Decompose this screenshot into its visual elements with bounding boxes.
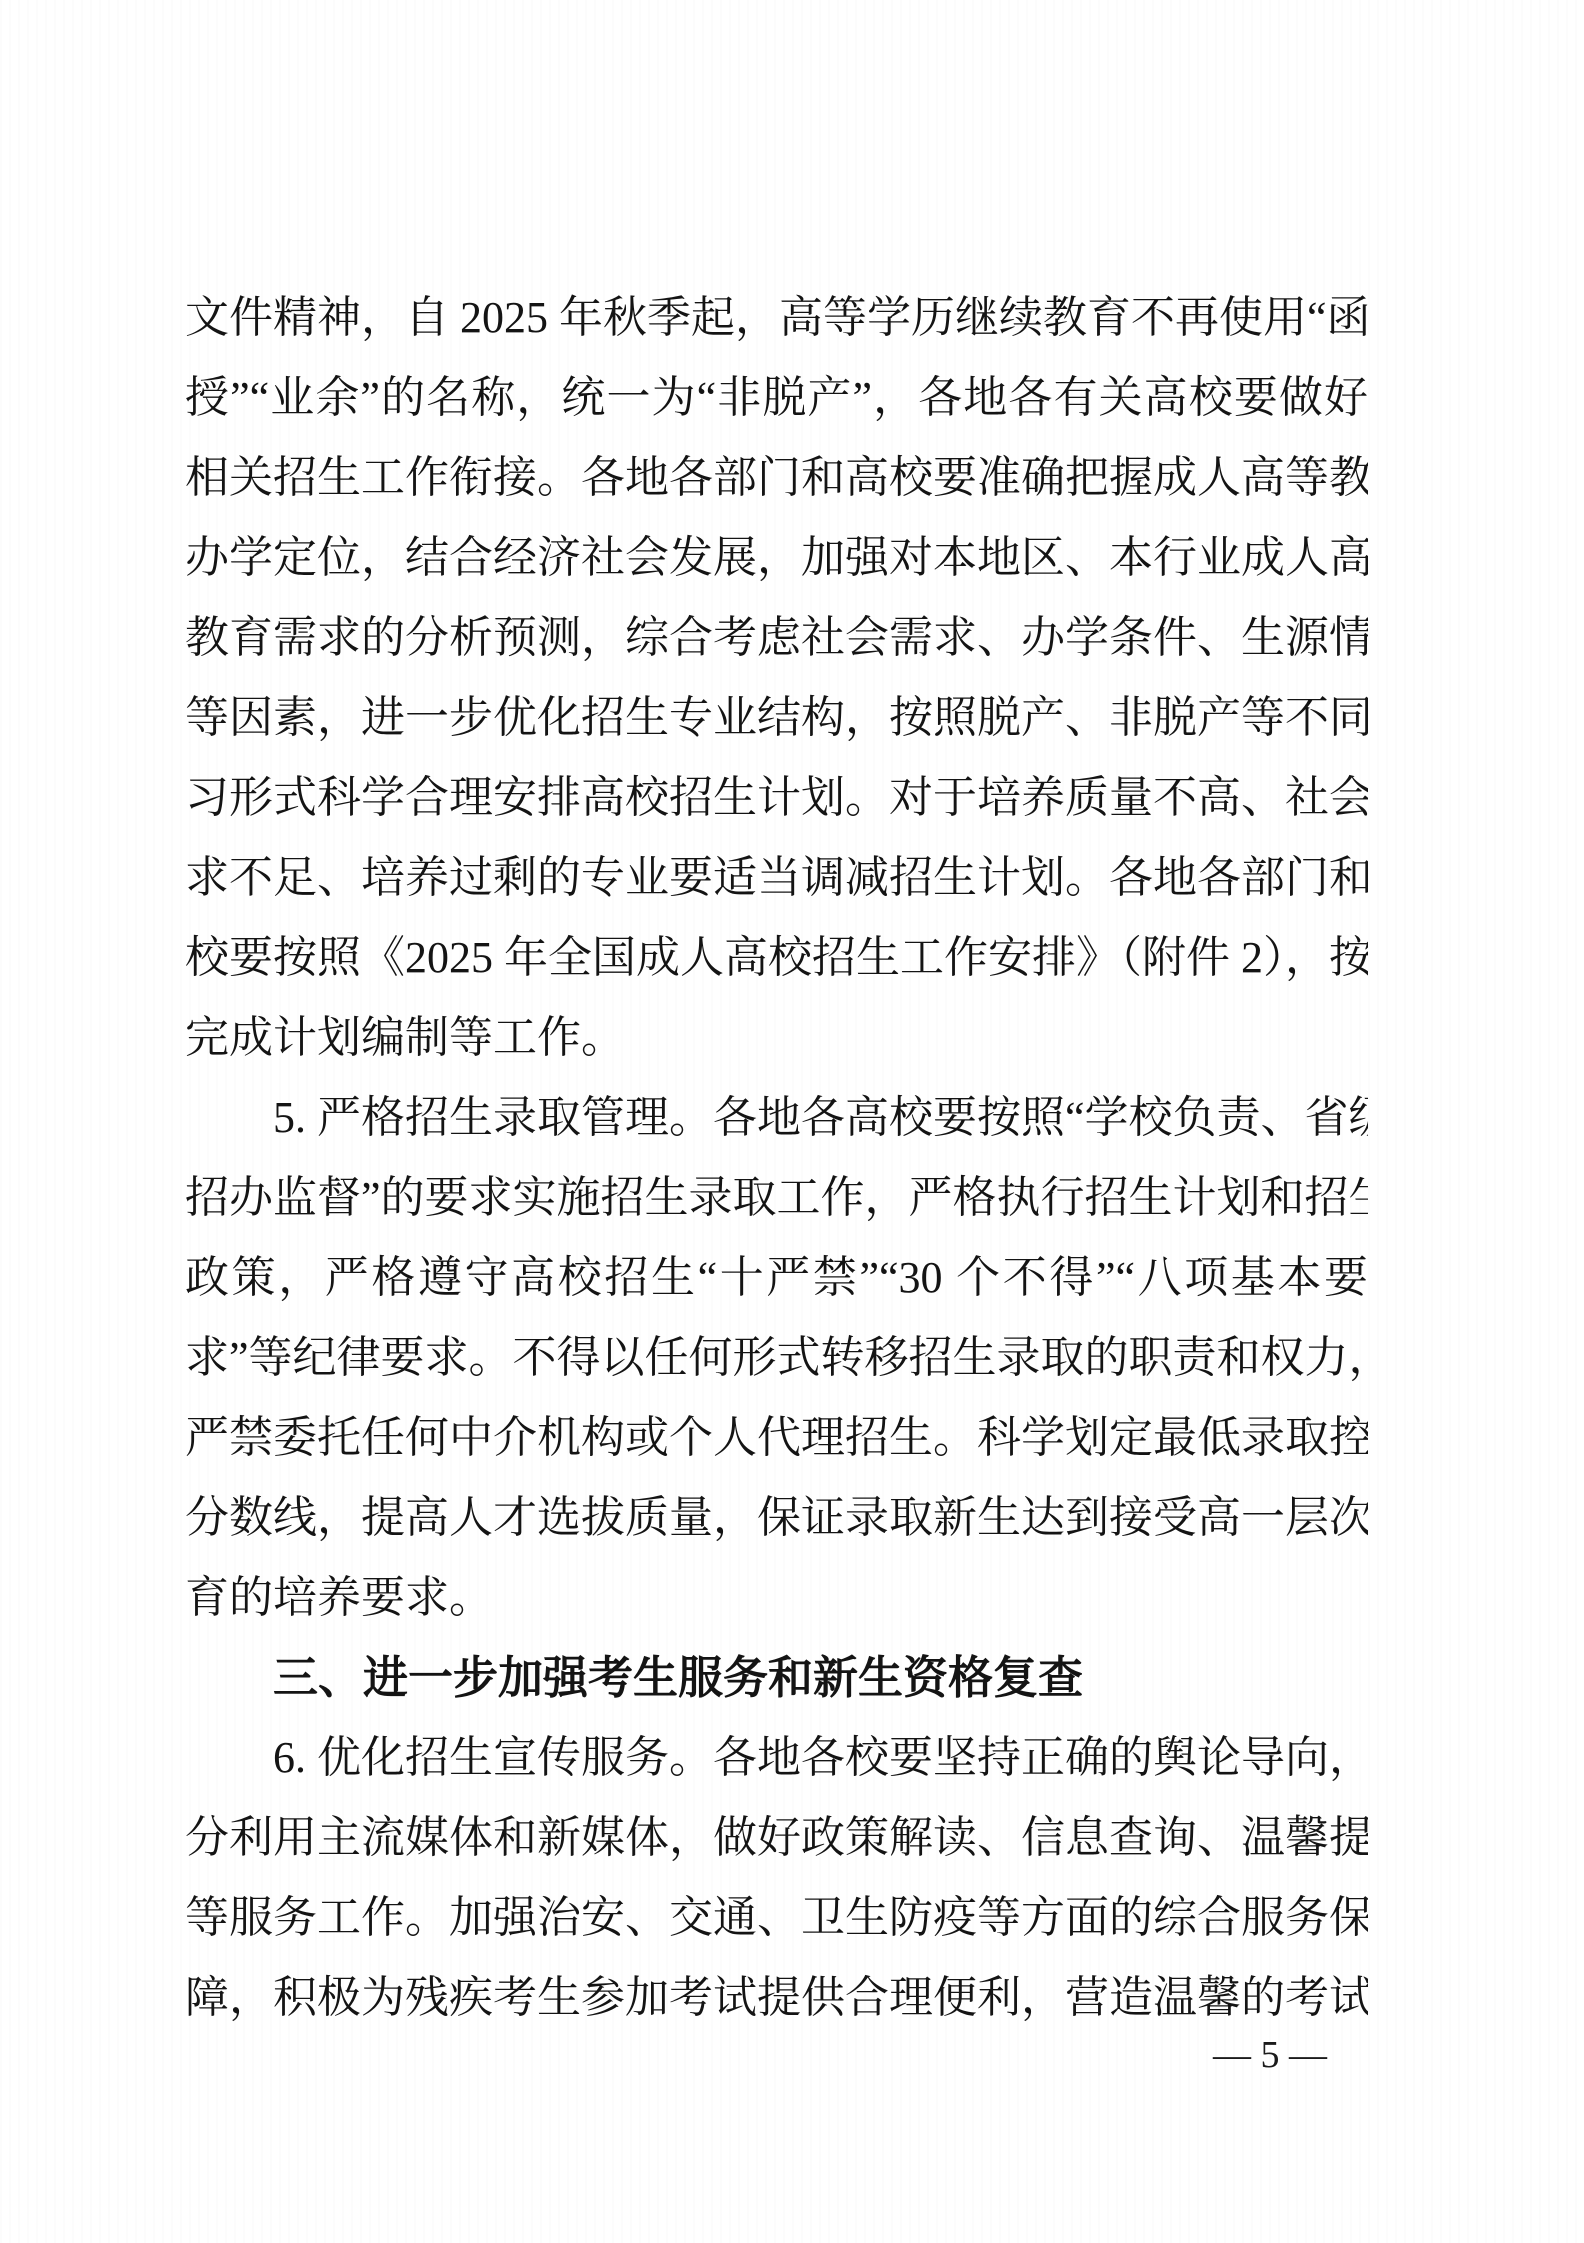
text-line: 求”等纪律要求。不得以任何形式转移招生录取的职责和权力， <box>185 1318 1368 1398</box>
text-line: 5. 严格招生录取管理。各地各高校要按照“学校负责、省级 <box>185 1078 1368 1158</box>
page-number: — 5 — <box>1178 2030 1362 2080</box>
text-line: 办学定位，结合经济社会发展，加强对本地区、本行业成人高等 <box>185 518 1368 598</box>
document-text-block: 文件精神，自 2025 年秋季起，高等学历继续教育不再使用“函授”“业余”的名称… <box>185 278 1368 2038</box>
text-line: 校要按照《2025 年全国成人高校招生工作安排》（附件 2），按时 <box>185 918 1368 998</box>
text-line: 政策，严格遵守高校招生“十严禁”“30 个不得”“八项基本要 <box>185 1238 1368 1318</box>
section-heading: 三、进一步加强考生服务和新生资格复查 <box>185 1638 1368 1718</box>
text-line: 分数线，提高人才选拔质量，保证录取新生达到接受高一层次教 <box>185 1478 1368 1558</box>
text-line: 招办监督”的要求实施招生录取工作，严格执行招生计划和招生 <box>185 1158 1368 1238</box>
text-line: 教育需求的分析预测，综合考虑社会需求、办学条件、生源情况 <box>185 598 1368 678</box>
document-page: 文件精神，自 2025 年秋季起，高等学历继续教育不再使用“函授”“业余”的名称… <box>0 0 1584 2243</box>
text-line: 严禁委托任何中介机构或个人代理招生。科学划定最低录取控制 <box>185 1398 1368 1478</box>
text-line: 文件精神，自 2025 年秋季起，高等学历继续教育不再使用“函 <box>185 278 1368 358</box>
text-line: 障，积极为残疾考生参加考试提供合理便利，营造温馨的考试招 <box>185 1958 1368 2038</box>
text-line: 相关招生工作衔接。各地各部门和高校要准确把握成人高等教育 <box>185 438 1368 518</box>
text-line: 求不足、培养过剩的专业要适当调减招生计划。各地各部门和高 <box>185 838 1368 918</box>
text-line: 完成计划编制等工作。 <box>185 998 1368 1078</box>
text-line: 等因素，进一步优化招生专业结构，按照脱产、非脱产等不同学 <box>185 678 1368 758</box>
text-line: 6. 优化招生宣传服务。各地各校要坚持正确的舆论导向，充 <box>185 1718 1368 1798</box>
text-line: 分利用主流媒体和新媒体，做好政策解读、信息查询、温馨提示 <box>185 1798 1368 1878</box>
text-line: 育的培养要求。 <box>185 1558 1368 1638</box>
text-line: 习形式科学合理安排高校招生计划。对于培养质量不高、社会需 <box>185 758 1368 838</box>
text-line: 授”“业余”的名称，统一为“非脱产”，各地各有关高校要做好 <box>185 358 1368 438</box>
text-line: 等服务工作。加强治安、交通、卫生防疫等方面的综合服务保 <box>185 1878 1368 1958</box>
